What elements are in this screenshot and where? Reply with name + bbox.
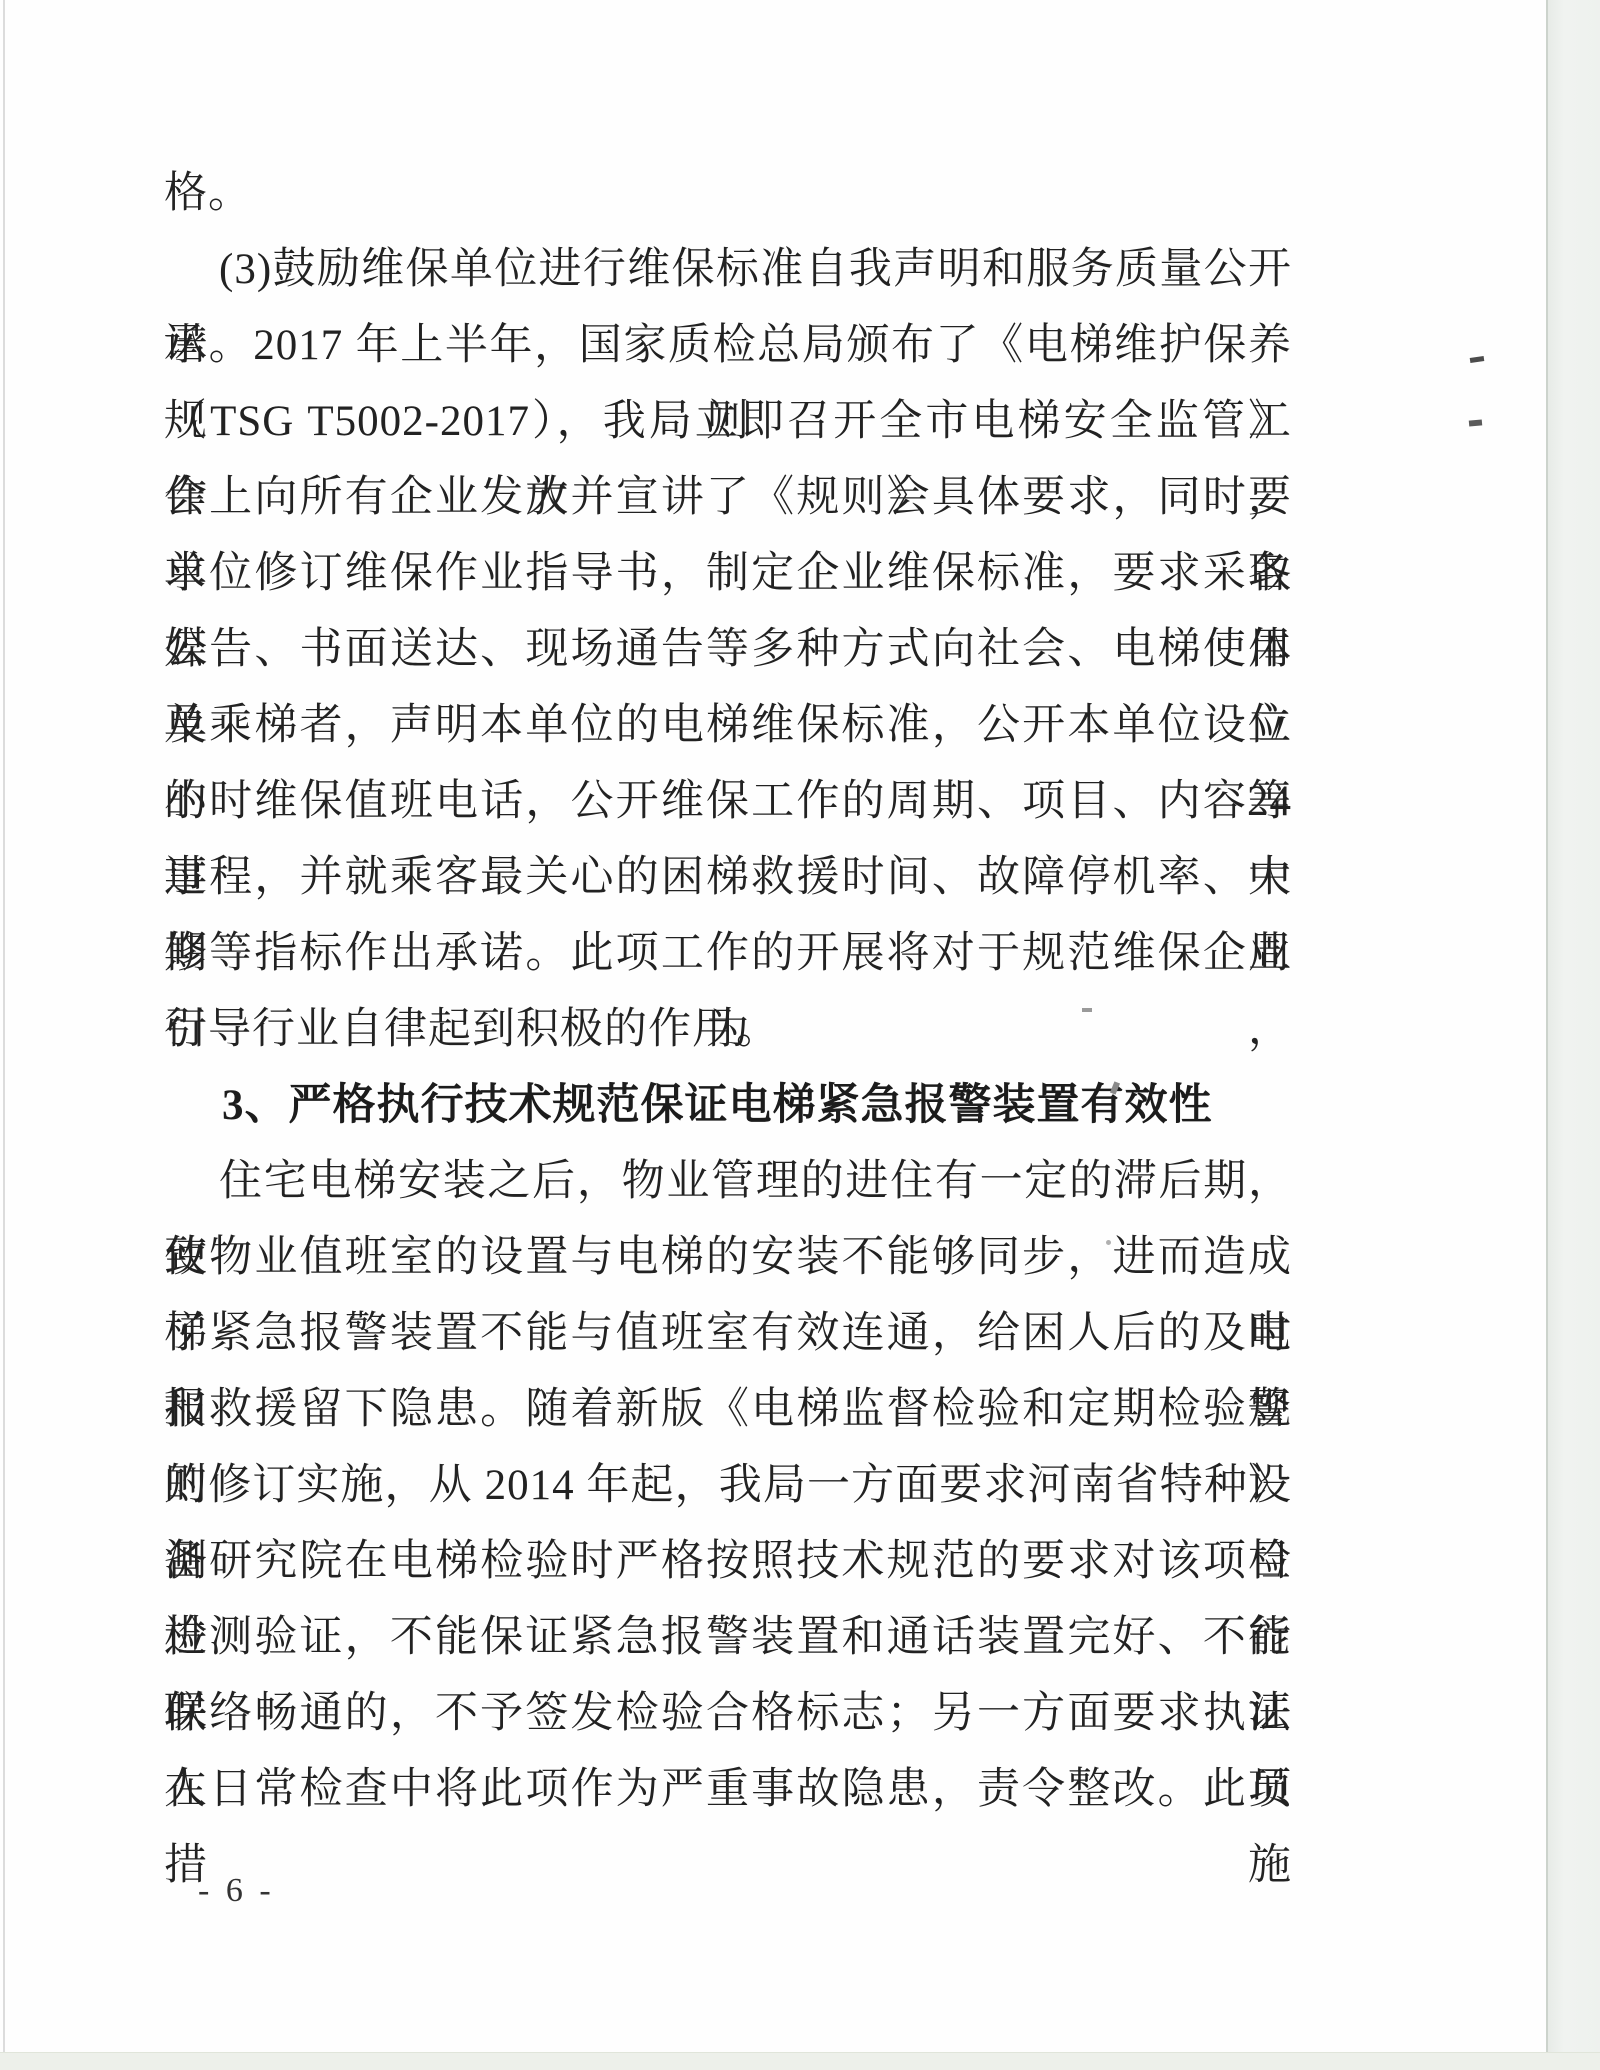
scan-edge-bottom bbox=[0, 2052, 1600, 2070]
text-line: 及乘梯者，声明本单位的电梯维保标准，公开本单位设立的 24 bbox=[164, 688, 1292, 764]
document-body: 格。 (3)鼓励维保单位进行维保标准自我声明和服务质量公开承 诺。2017 年上… bbox=[164, 156, 1292, 1828]
scan-speck bbox=[1106, 1240, 1111, 1245]
scan-speck bbox=[1082, 1008, 1092, 1012]
scan-edge-left bbox=[3, 0, 5, 2070]
section-heading: 3、严格执行技术规范保证电梯紧急报警装置有效性 bbox=[164, 1068, 1292, 1144]
scan-speck bbox=[1469, 419, 1482, 426]
text-line: 梯紧急报警装置不能与值班室有效连通，给困人后的及时报警 bbox=[164, 1296, 1292, 1372]
text-line: 会上向所有企业发放并宣讲了《规则》具体要求，同时要求各 bbox=[164, 460, 1292, 536]
text-line: 检测验证，不能保证紧急报警装置和通话装置完好、不能保证 bbox=[164, 1600, 1292, 1676]
text-line: 小时维保值班电话，公开维保工作的周期、项目、内容等事中 bbox=[164, 764, 1292, 840]
text-line: 的修订实施，从 2014 年起，我局一方面要求河南省特种设备检 bbox=[164, 1448, 1292, 1524]
text-line: 住宅电梯安装之后，物业管理的进住有一定的滞后期，致 bbox=[164, 1144, 1292, 1220]
scanned-document-page: 格。 (3)鼓励维保单位进行维保标准自我声明和服务质量公开承 诺。2017 年上… bbox=[0, 0, 1600, 2070]
page-number: - 6 - bbox=[198, 1872, 275, 1910]
text-line: （TSG T5002-2017），我局立即召开全市电梯安全监管工作大会， bbox=[164, 384, 1292, 460]
text-line: 诺。2017 年上半年，国家质检总局颁布了《电梯维护保养规则》 bbox=[164, 308, 1292, 384]
text-line: 期等指标作出承诺。此项工作的开展将对于规范维保企业行为， bbox=[164, 916, 1292, 992]
text-line: 单位修订维保作业指导书，制定企业维保标准，要求采取媒体 bbox=[164, 536, 1292, 612]
text-line: 联络畅通的，不予签发检验合格标志；另一方面要求执法人员 bbox=[164, 1676, 1292, 1752]
text-line: 公告、书面送达、现场通告等多种方式向社会、电梯使用单位 bbox=[164, 612, 1292, 688]
text-line: 在日常检查中将此项作为严重事故隐患，责令整改。此项措施 bbox=[164, 1752, 1292, 1828]
text-line: 使物业值班室的设置与电梯的安装不能够同步，进而造成了电 bbox=[164, 1220, 1292, 1296]
text-line: (3)鼓励维保单位进行维保标准自我声明和服务质量公开承 bbox=[164, 232, 1292, 308]
text-line: 过程，并就乘客最关心的困梯救援时间、故障停机率、大修周 bbox=[164, 840, 1292, 916]
text-line: 格。 bbox=[164, 156, 1292, 232]
scan-speck bbox=[1470, 356, 1485, 363]
scan-edge-right bbox=[1546, 0, 1600, 2070]
text-line: 测研究院在电梯检验时严格按照技术规范的要求对该项目进行 bbox=[164, 1524, 1292, 1600]
text-line: 和救援留下隐患。随着新版《电梯监督检验和定期检验规则》 bbox=[164, 1372, 1292, 1448]
